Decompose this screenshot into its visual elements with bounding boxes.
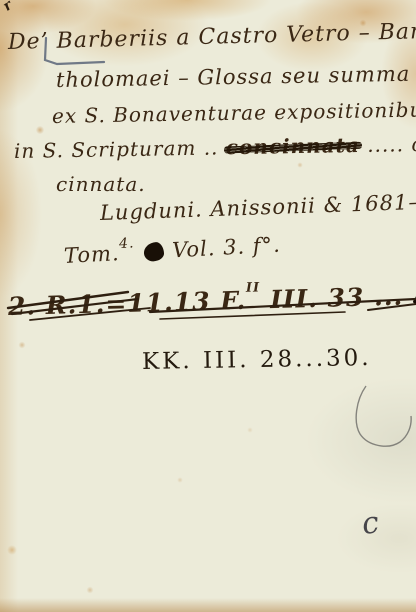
title-line-4-pre: in S. Scripturam ..: [14, 135, 219, 163]
tom-number: 4.: [119, 235, 135, 252]
pencil-letter-mark: c: [360, 505, 382, 542]
imprint-line: Lugduni. Anissonii & 1681–2: [100, 189, 416, 225]
manuscript-page: r De’ Barberiis a Castro Vetro – Bar– th…: [0, 0, 416, 612]
ink-blot: [143, 242, 164, 262]
old-shelfmark-part1: 2. R.1.=11.13: [8, 287, 211, 321]
old-shelfmark-line: 2. R.1.=11.13 F.II III. 33 ... .. 35: [8, 279, 416, 321]
title-line-2: tholomaei – Glossa seu summa: [56, 62, 411, 92]
title-line-4: in S. Scripturam .. concinnata ..... con…: [14, 131, 416, 163]
vol-label: Vol. 3. f°.: [172, 233, 282, 263]
volume-line: Tom.4. Vol. 3. f°.: [63, 232, 281, 268]
current-shelfmark: KK. III. 28...30.: [142, 345, 372, 375]
title-line-3: ex S. Bonaventurae expositionibus: [52, 97, 416, 128]
title-line-4-post: ..... con-: [367, 131, 416, 157]
corner-recto-mark: r: [0, 0, 15, 15]
pencil-circle-mark: [348, 380, 416, 458]
title-line-1: De’ Barberiis a Castro Vetro – Bar–: [8, 19, 416, 55]
old-shelfmark-part3: III. 33 ...: [270, 282, 404, 314]
tom-label: Tom.: [63, 241, 120, 268]
title-line-5: cinnata.: [56, 172, 146, 196]
old-shelfmark-part2: F.: [220, 286, 247, 316]
struck-out-word: concinnata: [226, 133, 360, 159]
old-shelfmark-part2-sup: II: [246, 280, 261, 295]
